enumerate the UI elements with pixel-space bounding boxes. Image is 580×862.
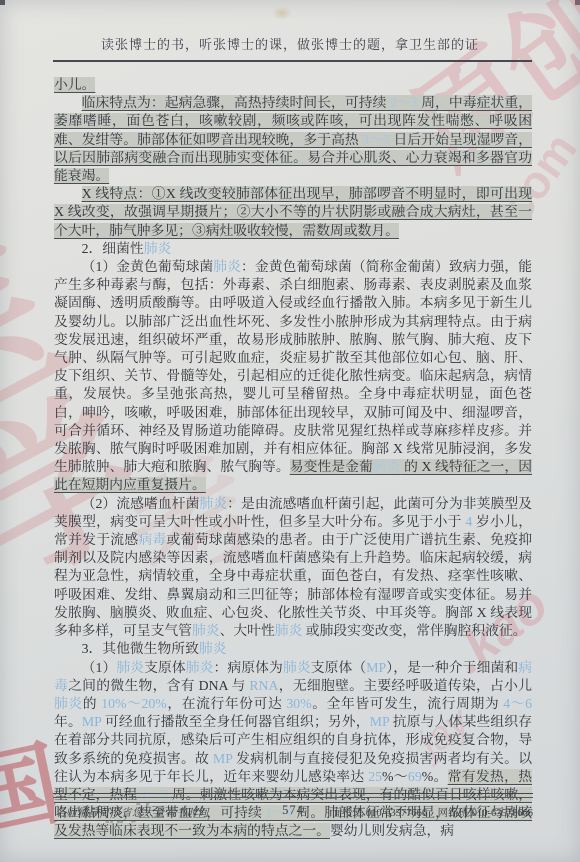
blue-term: 肺炎 bbox=[199, 496, 227, 511]
blue-term: 肺炎 bbox=[116, 660, 144, 675]
blue-term: 肺炎 bbox=[275, 623, 303, 638]
blue-term: MP bbox=[366, 660, 386, 675]
highlighted-text: 3～7 bbox=[362, 132, 390, 147]
blue-term: 肺炎 bbox=[54, 696, 83, 711]
body-text: （1） bbox=[82, 660, 117, 675]
body-text: ：金黄色葡萄球菌（简称金葡菌）致病力强，能产生多种毒素与酶，包括：外毒素、杀白细… bbox=[54, 259, 532, 474]
body-text: （2）流感嗜血杆菌 bbox=[82, 496, 200, 511]
body-text: 可经血行播散至全身任何器官组织；另外， bbox=[101, 714, 369, 729]
blue-term: MP bbox=[370, 714, 389, 729]
blue-term: 肺炎 bbox=[186, 660, 214, 675]
scanned-page: 原创 com 医学 考 .kao jay 国 WW 读张博士的书，听张博士的课，… bbox=[0, 0, 580, 862]
body-text: 或肺段实变改变，常伴胸腔积液征。 bbox=[302, 623, 526, 638]
blue-term: 肺炎 bbox=[144, 241, 172, 256]
body-text: ：病原体为 bbox=[214, 660, 283, 675]
scan-corner-mark bbox=[0, 0, 5, 5]
body-text: ，在流行年份可达 bbox=[167, 696, 287, 711]
blue-term: 肺炎 bbox=[192, 623, 220, 638]
blue-term: 肺炎 bbox=[283, 660, 311, 675]
blue-term: 肺炎 bbox=[199, 641, 227, 656]
highlighted-text: X 线特点：①X 线改变较肺部体征出现早，肺部啰音不明显时，即可出现 X 线改变… bbox=[54, 186, 532, 237]
paragraph: （2）流感嗜血杆菌肺炎：是由流感嗜血杆菌引起，此菌可分为非荚膜型及荚膜型，病变可… bbox=[54, 495, 532, 641]
blue-term: 4～6 bbox=[503, 696, 532, 711]
header-rule bbox=[53, 60, 532, 62]
highlighted-text: 小儿。 bbox=[54, 77, 95, 92]
paragraph: X 线特点：①X 线改变较肺部体征出现早，肺部啰音不明显时，即可出现 X 线改变… bbox=[54, 185, 532, 240]
blue-term: 肺炎 bbox=[213, 259, 241, 274]
page-body-text: 小儿。临床特点为：起病急骤，高热持续时间长，可持续 2～3 周，中毒症状重，萎靡… bbox=[54, 76, 532, 841]
body-text: %～ bbox=[382, 769, 408, 784]
body-text: 、大叶性 bbox=[220, 623, 275, 638]
blue-term: MP bbox=[213, 751, 232, 766]
blue-term: 10%～20% bbox=[101, 696, 167, 711]
footer-rule-bottom bbox=[53, 797, 533, 798]
blue-term: 69 bbox=[408, 769, 422, 784]
footer: 名师辅导可节省您大量看书时间 574 面授班 010-63577666 网络班 … bbox=[53, 802, 533, 820]
highlighted-text: 1～3 bbox=[141, 787, 169, 802]
paragraph: 2．细菌性肺炎 bbox=[54, 240, 532, 258]
blue-term: 病毒 bbox=[138, 532, 166, 547]
paragraph: 临床特点为：起病急骤，高热持续时间长，可持续 2～3 周，中毒症状重，萎靡嗜睡，… bbox=[54, 94, 532, 185]
scan-corner-mark bbox=[575, 0, 580, 5]
body-text: 之间的微生物，含有 DNA 与 bbox=[68, 678, 249, 693]
blue-term: 25 bbox=[368, 769, 382, 784]
body-text: 支原体 bbox=[144, 660, 186, 675]
footer-rule-top bbox=[53, 793, 533, 794]
body-text: ，无细胞壁。主要经呼吸道传染，占小儿 bbox=[278, 678, 532, 693]
highlighted-text: 2～3 bbox=[390, 95, 418, 110]
paragraph: 小儿。 bbox=[54, 76, 532, 94]
body-text: 2．细菌性 bbox=[82, 241, 144, 256]
body-text: 支原体（ bbox=[311, 660, 367, 675]
paper-blemish bbox=[272, 6, 292, 20]
blue-term: MP bbox=[82, 714, 101, 729]
highlighted-text: 临床特点为：起病急骤，高热持续时间长，可持续 bbox=[82, 95, 390, 110]
blue-term: RNA bbox=[249, 678, 278, 693]
body-text: ），是一种介于细菌和 bbox=[386, 660, 518, 675]
blue-term: 30% bbox=[286, 696, 311, 711]
header-slogan: 读张博士的书，听张博士的课，做张博士的题，拿卫生部的证 bbox=[0, 34, 580, 53]
footer-contact: 面授班 010-63577666 网络班 010-63578666 bbox=[332, 805, 533, 820]
body-text: %。 bbox=[422, 769, 448, 784]
body-text: 的 bbox=[83, 696, 101, 711]
body-text: 年。 bbox=[54, 714, 82, 729]
highlighted-text: 肺炎 bbox=[373, 459, 401, 474]
paragraph: 3．其他微生物所致肺炎 bbox=[54, 640, 532, 658]
body-text: 3．其他微生物所致 bbox=[82, 641, 199, 656]
body-text: 。全年皆可发生，流行周期为 bbox=[312, 696, 504, 711]
highlighted-text: 易变性是金葡 bbox=[290, 459, 373, 474]
body-text: 婴幼儿则发病急，病 bbox=[330, 823, 454, 838]
body-text: （1）金黄色葡萄球菌 bbox=[82, 259, 214, 274]
paragraph: （1）金黄色葡萄球菌肺炎：金黄色葡萄球菌（简称金葡菌）致病力强，能产生多种毒素与… bbox=[54, 258, 532, 495]
